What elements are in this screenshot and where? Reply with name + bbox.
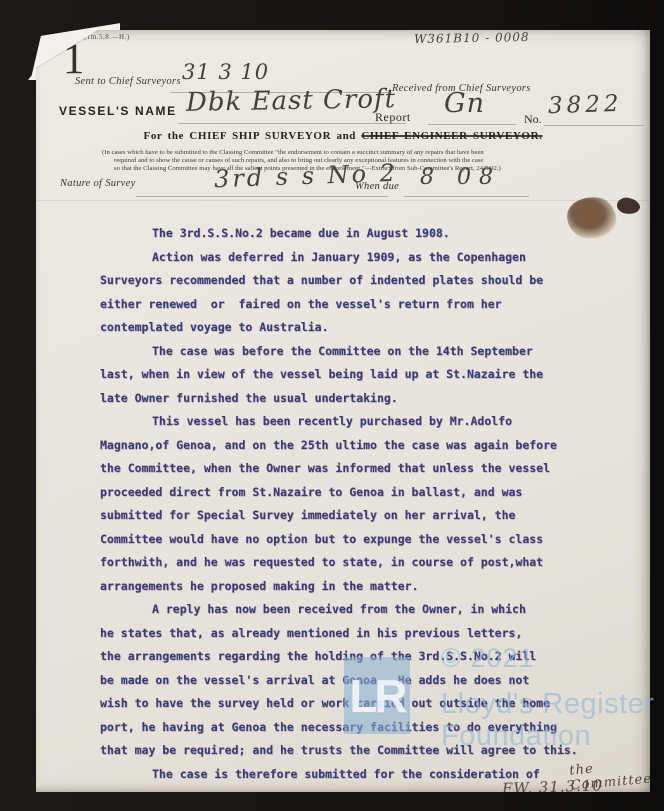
report-number-handwritten: 3822 — [548, 91, 623, 120]
vessel-field-rule — [178, 123, 406, 124]
typed-line: This vessel has been recently purchased … — [100, 410, 596, 434]
typed-line: wish to have the survey held or work car… — [100, 692, 596, 716]
typed-line: Committee would have no option but to ex… — [100, 528, 596, 552]
typed-line: late Owner furnished the usual undertaki… — [100, 387, 596, 411]
when-due-label: When due — [355, 181, 399, 192]
typed-line: proceeded direct from St.Nazaire to Geno… — [100, 481, 596, 505]
sent-to-chief-surveyors-label: Sent to Chief Surveyors — [75, 76, 181, 87]
archive-reference: W361B10 - 0008 — [414, 30, 530, 46]
typed-line: the Committee, when the Owner was inform… — [100, 457, 596, 481]
form-title-struck-out: CHIEF ENGINEER SURVEYOR. — [361, 130, 542, 142]
form-title-main: For the CHIEF SHIP SURVEYOR and — [144, 130, 357, 142]
report-number-label: No. — [524, 112, 542, 127]
typed-line: The 3rd.S.S.No.2 became due in August 19… — [100, 222, 596, 246]
scanned-document-photo: W361B10 - 0008 (1m.5,8.—H.) 1 Sent to Ch… — [0, 0, 664, 811]
typed-report-body: The 3rd.S.S.No.2 became due in August 19… — [100, 222, 596, 786]
report-field-rule — [428, 124, 516, 125]
paper-seam — [36, 200, 650, 201]
nature-of-survey-label: Nature of Survey — [60, 178, 136, 189]
typed-line: forthwith, and he was requested to state… — [100, 551, 596, 575]
ink-stain-dot — [306, 21, 311, 25]
fine-print-line: (In cases which have to be submitted to … — [102, 149, 576, 157]
typed-line: A reply has now been received from the O… — [100, 598, 596, 622]
typed-line: last, when in view of the vessel being l… — [100, 363, 596, 387]
typed-line: arrangements he proposed making in the m… — [100, 575, 596, 599]
signature-and-date: FW. 31.3.10 — [502, 776, 604, 798]
typed-line: contemplated voyage to Australia. — [100, 316, 596, 340]
typed-line: Magnano,of Genoa, and on the 25th ultimo… — [100, 434, 596, 458]
typed-line: submitted for Special Survey immediately… — [100, 504, 596, 528]
typed-line: be made on the vessel's arrival at Genoa… — [100, 669, 596, 693]
ink-stain-dark — [615, 195, 641, 216]
when-due-field-rule — [404, 196, 529, 197]
typed-line: the arrangements regarding the holding o… — [100, 645, 596, 669]
vessel-name-handwritten: Dbk East Croft — [186, 84, 397, 118]
report-label: Report — [375, 110, 411, 125]
document-page: W361B10 - 0008 (1m.5,8.—H.) 1 Sent to Ch… — [36, 30, 650, 792]
typed-line: port, he having at Genoa the necessary f… — [100, 716, 596, 740]
typed-line: Action was deferred in January 1909, as … — [100, 246, 596, 270]
report-handwritten: Gn — [444, 88, 485, 119]
number-field-rule — [544, 125, 644, 126]
typed-line: that may be required; and he trusts the … — [100, 739, 596, 763]
sent-date-handwritten: 31 3 10 — [182, 60, 269, 84]
typed-line: he states that, as already mentioned in … — [100, 622, 596, 646]
typed-line: The case was before the Committee on the… — [100, 340, 596, 364]
typed-line: Surveyors recommended that a number of i… — [100, 269, 596, 293]
nature-field-rule — [136, 196, 388, 197]
when-due-handwritten: 8 08 — [420, 165, 501, 190]
typed-line: either renewed or faired on the vessel's… — [100, 293, 596, 317]
form-title: For the CHIEF SHIP SURVEYOR and CHIEF EN… — [36, 130, 650, 142]
vessel-name-label: VESSEL'S NAME — [59, 104, 177, 118]
